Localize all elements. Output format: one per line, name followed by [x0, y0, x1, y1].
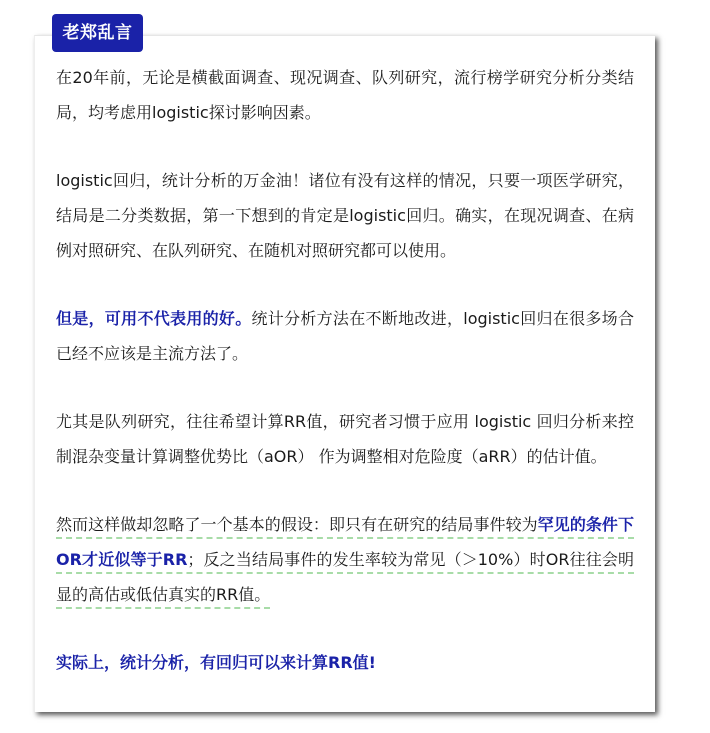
assumption-underlined-text: 然而这样做却忽略了一个基本的假设：即只有在研究的结局事件较为罕见的条件下OR才近… — [56, 515, 634, 609]
article-content: 在20年前，无论是横截面调查、现况调查、队列研究，流行榜学研究分析分类结局，均考… — [56, 60, 634, 713]
paragraph-conclusion: 实际上，统计分析，有回归可以来计算RR值! — [56, 645, 634, 680]
paragraph-assumption: 然而这样做却忽略了一个基本的假设：即只有在研究的结局事件较为罕见的条件下OR才近… — [56, 507, 634, 612]
paragraph-caveat: 但是，可用不代表用的好。统计分析方法在不断地改进，logistic回归在很多场合… — [56, 301, 634, 371]
paragraph-logistic-overview: logistic回归，统计分析的万金油！诸位有没有这样的情况，只要一项医学研究，… — [56, 163, 634, 268]
author-badge: 老郑乱言 — [52, 14, 143, 52]
highlight-caveat: 但是，可用不代表用的好。 — [56, 309, 251, 328]
assumption-pre: 然而这样做却忽略了一个基本的假设：即只有在研究的结局事件较为 — [56, 515, 538, 534]
paragraph-cohort: 尤其是队列研究，往往希望计算RR值，研究者习惯于应用 logistic 回归分析… — [56, 404, 634, 474]
paragraph-intro: 在20年前，无论是横截面调查、现况调查、队列研究，流行榜学研究分析分类结局，均考… — [56, 60, 634, 130]
